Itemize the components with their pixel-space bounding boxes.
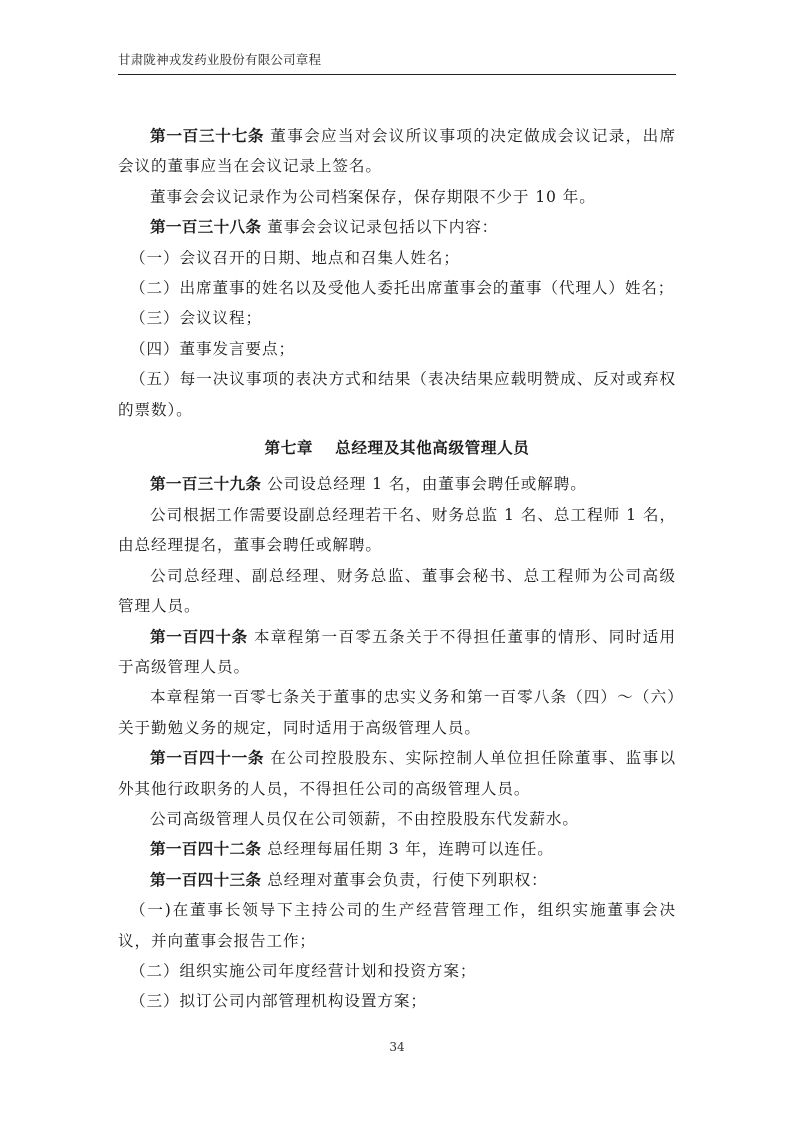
article-label: 第一百三十九条 <box>150 475 261 493</box>
article-label: 第一百三十八条 <box>150 218 261 236</box>
article-label: 第一百三十七条 <box>150 127 264 145</box>
article-text: 总经理每届任期 3 年，连聘可以连任。 <box>267 840 553 858</box>
chapter-name: 总经理及其他高级管理人员 <box>335 439 529 457</box>
list-item: （一）会议召开的日期、地点和召集人姓名； <box>118 243 676 273</box>
article-label: 第一百四十一条 <box>150 749 264 767</box>
article-141: 第一百四十一条在公司控股股东、实际控制人单位担任除董事、监事以外其他行政职务的人… <box>118 743 676 804</box>
article-142: 第一百四十二条总经理每届任期 3 年，连聘可以连任。 <box>118 834 676 864</box>
article-text: 公司设总经理 1 名，由董事会聘任或解聘。 <box>267 475 586 493</box>
article-137: 第一百三十七条董事会应当对会议所议事项的决定做成会议记录，出席会议的董事应当在会… <box>118 121 676 182</box>
article-text: 总经理对董事会负责，行使下列职权： <box>267 871 547 889</box>
chapter-number: 第七章 <box>265 439 314 457</box>
list-item: （五）每一决议事项的表决方式和结果（表决结果应载明赞成、反对或弃权的票数）。 <box>118 364 676 425</box>
paragraph: 董事会会议记录作为公司档案保存，保存期限不少于 10 年。 <box>118 182 676 212</box>
article-label: 第一百四十二条 <box>150 840 261 858</box>
paragraph: 本章程第一百零七条关于董事的忠实义务和第一百零八条（四）～（六）关于勤勉义务的规… <box>118 682 676 743</box>
list-item: （四）董事发言要点； <box>118 334 676 364</box>
article-140: 第一百四十条本章程第一百零五条关于不得担任董事的情形、同时适用于高级管理人员。 <box>118 622 676 683</box>
chapter-title: 第七章总经理及其他高级管理人员 <box>118 433 676 463</box>
list-item: （三）拟订公司内部管理机构设置方案； <box>118 986 676 1016</box>
document-body: 第一百三十七条董事会应当对会议所议事项的决定做成会议记录，出席会议的董事应当在会… <box>118 121 676 1017</box>
list-item: （二）出席董事的姓名以及受他人委托出席董事会的董事（代理人）姓名； <box>118 273 676 303</box>
article-label: 第一百四十三条 <box>150 871 261 889</box>
list-item: （一)在董事长领导下主持公司的生产经营管理工作，组织实施董事会决议，并向董事会报… <box>118 895 676 956</box>
article-143: 第一百四十三条总经理对董事会负责，行使下列职权： <box>118 865 676 895</box>
article-139: 第一百三十九条公司设总经理 1 名，由董事会聘任或解聘。 <box>118 469 676 499</box>
paragraph: 公司根据工作需要设副总经理若干名、财务总监 1 名、总工程师 1 名，由总经理提… <box>118 500 676 561</box>
paragraph: 公司总经理、副总经理、财务总监、董事会秘书、总工程师为公司高级管理人员。 <box>118 561 676 622</box>
article-label: 第一百四十条 <box>150 628 248 646</box>
page-number: 34 <box>0 1040 794 1054</box>
list-item: （二）组织实施公司年度经营计划和投资方案； <box>118 956 676 986</box>
list-item: （三）会议议程； <box>118 303 676 333</box>
article-text: 董事会会议记录包括以下内容： <box>267 218 498 236</box>
page-header: 甘肃陇神戎发药业股份有限公司章程 <box>118 52 676 75</box>
paragraph: 公司高级管理人员仅在公司领薪，不由控股股东代发薪水。 <box>118 804 676 834</box>
document-title: 甘肃陇神戎发药业股份有限公司章程 <box>118 52 321 67</box>
article-138: 第一百三十八条董事会会议记录包括以下内容： <box>118 212 676 242</box>
